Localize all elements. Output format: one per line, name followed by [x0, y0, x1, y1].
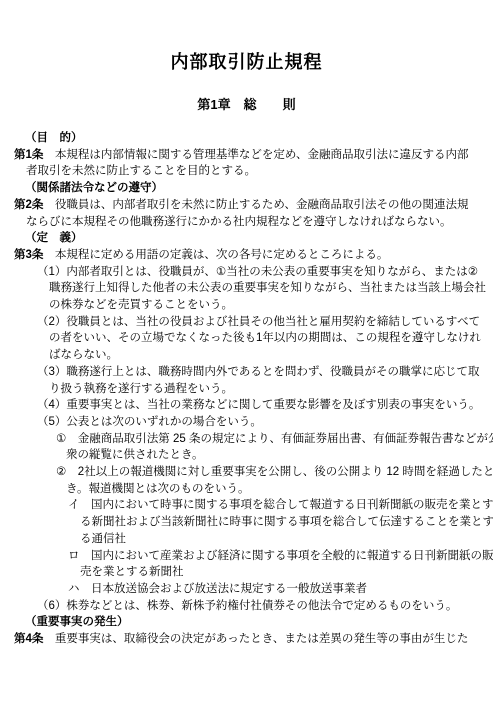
document-line: （4）重要事実とは、当社の業務などに関して重要な影響を及ぼす別表の事実をいう。: [0, 397, 493, 414]
article-number: 第2条: [14, 199, 43, 211]
document-line: （5）公表とは次のいずれかの場合をいう。: [0, 414, 493, 431]
document-line: 職務遂行上知得した他者の未公表の重要事実を知りながら、当社または当該上場会社: [0, 280, 493, 297]
article-number: 第4条: [14, 633, 43, 645]
document-line: 衆の縦覧に供されたとき。: [0, 447, 493, 464]
document-line: （6）株券などとは、株券、新株予約権付社債券その他法令で定めるものをいう。: [0, 598, 493, 615]
document-line: （2）役職員とは、当社の役員および社員その他当社と雇用契約を締結しているすべて: [0, 314, 493, 331]
document-line: き。報道機関とは次のものをいう。: [0, 481, 493, 498]
article-number: 第1条: [14, 149, 43, 161]
chapter-heading: 第1章 総 則: [0, 97, 493, 113]
document-line: る新聞社および当該新聞社に時事に関する事項を総合して伝達することを業とす: [0, 514, 493, 531]
document-line: ② 2社以上の報道機関に対し重要事実を公開し、後の公開より 12 時間を経過した…: [0, 464, 493, 481]
document-line: （3）職務遂行上とは、職務時間内外であるとを問わず、役職員がその職掌に応じて取: [0, 364, 493, 381]
section-heading: （目 的）: [0, 130, 493, 147]
document-line: る通信社: [0, 531, 493, 548]
document-line: 第3条 本規程に定める用語の定義は、次の各号に定めるところによる。: [0, 247, 493, 264]
section-heading: （関係諸法令などの遵守）: [0, 180, 493, 197]
document-line: （1）内部者取引とは、役職員が、①当社の未公表の重要事実を知りながら、または②: [0, 264, 493, 281]
document-line: り扱う執務を遂行する過程をいう。: [0, 381, 493, 398]
article-number: 第3条: [14, 249, 43, 261]
document-line: 売を業とする新聞社: [0, 564, 493, 581]
document-line: 第4条 重要事実は、取締役会の決定があったとき、または差異の発生等の事由が生じた: [0, 631, 493, 648]
section-heading: （定 義）: [0, 230, 493, 247]
document-line: ならびに本規程その他職務遂行にかかる社内規程などを遵守しなければならない。: [0, 214, 493, 231]
document-line: 者取引を未然に防止することを目的とする。: [0, 163, 493, 180]
document-line: 第1条 本規程は内部情報に関する管理基準などを定め、金融商品取引法に違反する内部: [0, 147, 493, 164]
document-line: ① 金融商品取引法第 25 条の規定により、有価証券届出書、有価証券報告書などが…: [0, 431, 493, 448]
document-page: 内部取引防止規程 第1章 総 則 （目 的）第1条 本規程は内部情報に関する管理…: [0, 0, 493, 704]
document-line: ばならない。: [0, 347, 493, 364]
document-line: の者をいい、その立場でなくなった後も1年以内の期間は、この規程を遵守しなけれ: [0, 330, 493, 347]
document-line: イ 国内において時事に関する事項を総合して報道する日刊新聞紙の販売を業とす: [0, 497, 493, 514]
document-line: 第2条 役職員は、内部者取引を未然に防止するため、金融商品取引法その他の関連法規: [0, 197, 493, 214]
page-title: 内部取引防止規程: [0, 0, 493, 73]
document-line: ロ 国内において産業および経済に関する事項を全般的に報道する日刊新聞紙の販: [0, 548, 493, 565]
section-heading: （重要事実の発生）: [0, 614, 493, 631]
document-line: の株券などを売買することをいう。: [0, 297, 493, 314]
document-body: （目 的）第1条 本規程は内部情報に関する管理基準などを定め、金融商品取引法に違…: [0, 130, 493, 648]
document-line: ハ 日本放送協会および放送法に規定する一般放送事業者: [0, 581, 493, 598]
